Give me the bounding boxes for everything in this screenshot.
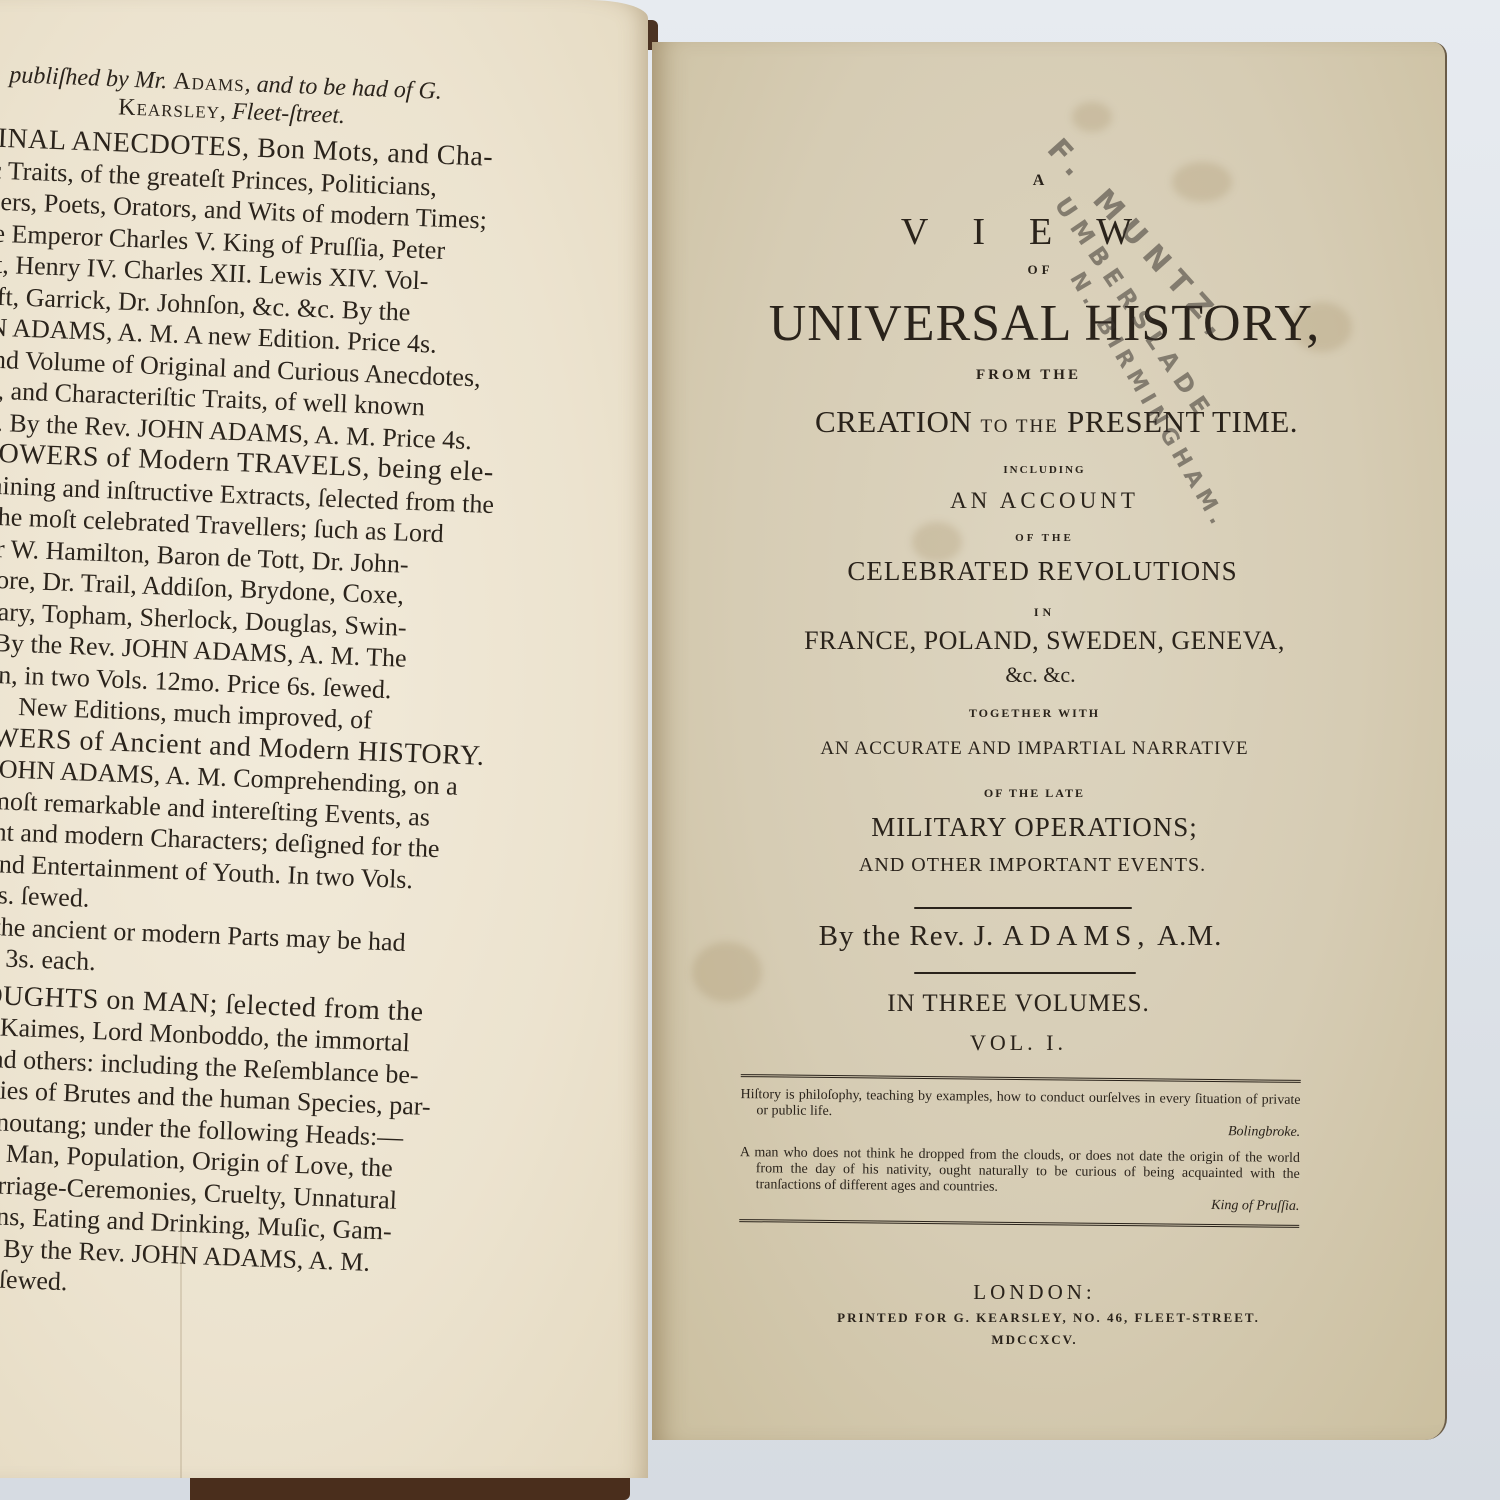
subtitle-part: TO THE	[980, 416, 1058, 437]
history-ad: LOWERS of Ancient and Modern HISTORY. ev…	[0, 722, 534, 992]
author-name: ADAMS,	[1003, 920, 1151, 952]
travels-ad: FLOWERS of Modern TRAVELS, being ele- er…	[0, 439, 545, 709]
volumes-line: IN THREE VOLUMES.	[622, 990, 1415, 1018]
book-photo: publiſhed by Mr. Adams, and to be had of…	[0, 0, 1500, 1500]
left-page-advertisement: publiſhed by Mr. Adams, and to be had of…	[0, 0, 648, 1478]
an-account: AN ACCOUNT	[648, 488, 1441, 514]
subtitle-part: CREATION	[815, 404, 972, 439]
military-operations: MILITARY OPERATIONS;	[638, 812, 1431, 843]
etc-line: &c. &c.	[644, 662, 1437, 688]
right-page-title-page: A VIEW OF UNIVERSAL HISTORY, FROM THE CR…	[652, 42, 1447, 1440]
title-article: A	[642, 172, 1435, 190]
author-line: By the Rev. J. ADAMS, A.M.	[624, 920, 1417, 953]
together-with-label: TOGETHER WITH	[638, 706, 1431, 721]
of-the-label: OF THE	[648, 532, 1441, 544]
main-title: UNIVERSAL HISTORY,	[648, 294, 1441, 353]
epigraph-quote: A man who does not think he dropped from…	[740, 1145, 1300, 1199]
author-degree: A.M.	[1157, 920, 1222, 952]
author-prefix: By the Rev. J.	[819, 920, 995, 952]
header-text: publiſhed by Mr.	[9, 62, 168, 94]
title-view: VIEW	[642, 210, 1435, 254]
thoughts-ad: THOUGHTS on MAN; ſelected from the Lord …	[0, 980, 524, 1313]
title-of: OF	[644, 262, 1437, 278]
header-publisher: Kearsley	[118, 94, 221, 124]
subtitle-from-the: FROM THE	[632, 367, 1425, 384]
accurate-narrative: AN ACCURATE AND IMPARTIAL NARRATIVE	[638, 738, 1431, 760]
header-name: Adams	[173, 68, 245, 97]
subtitle-creation: CREATION TO THE PRESENT TIME.	[660, 404, 1453, 440]
imprint-date: MDCCXCV.	[638, 1332, 1431, 1348]
in-label: IN	[648, 605, 1441, 620]
imprint-printer: PRINTED FOR G. KEARSLEY, NO. 46, FLEET-S…	[652, 1310, 1445, 1326]
imprint-city: LONDON:	[638, 1280, 1431, 1305]
divider-rule	[914, 907, 1132, 909]
countries-line: FRANCE, POLAND, SWEDEN, GENEVA,	[648, 626, 1441, 656]
header-address: , Fleet-ſtreet.	[220, 98, 346, 129]
advertisement-text: publiſhed by Mr. Adams, and to be had of…	[0, 60, 560, 1317]
volume-number: VOL. I.	[622, 1030, 1415, 1056]
anecdotes-ad: GINAL ANECDOTES, Bon Mots, and Cha- tic …	[0, 124, 557, 457]
subtitle-part: PRESENT TIME.	[1067, 404, 1298, 439]
including-label: INCLUDING	[648, 464, 1441, 476]
foxing-spot	[1072, 102, 1112, 132]
celebrated-revolutions: CELEBRATED REVOLUTIONS	[646, 556, 1439, 587]
epigraph-box: Hiſtory is philoſophy, teaching by examp…	[739, 1074, 1301, 1228]
epigraph-quote: Hiſtory is philoſophy, teaching by examp…	[740, 1087, 1300, 1125]
of-the-late-label: OF THE LATE	[638, 786, 1431, 801]
divider-rule	[914, 972, 1136, 974]
other-events: AND OTHER IMPORTANT EVENTS.	[636, 854, 1429, 877]
